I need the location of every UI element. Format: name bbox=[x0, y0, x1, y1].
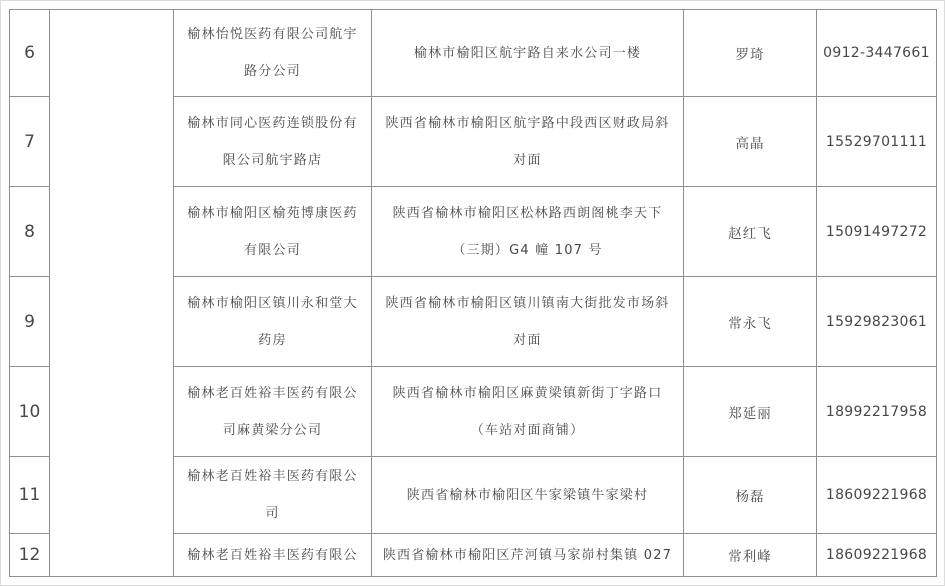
row-number-cell: 8 bbox=[10, 187, 50, 277]
phone-number-cell: 0912-3447661 bbox=[817, 10, 937, 97]
contact-person-cell: 常利峰 bbox=[684, 534, 817, 577]
phone-number-cell: 15091497272 bbox=[817, 187, 937, 277]
pharmacy-table: 6 榆林怡悦医药有限公司航宇 路分公司 榆林市榆阳区航宇路自来水公司一楼 罗琦 … bbox=[9, 9, 937, 577]
contact-person-cell: 赵红飞 bbox=[684, 187, 817, 277]
row-number-cell: 12 bbox=[10, 534, 50, 577]
address-cell: 陕西省榆林市榆阳区松林路西朗阁桃李天下 （三期）G4 幢 107 号 bbox=[372, 187, 684, 277]
row-number-cell: 6 bbox=[10, 10, 50, 97]
pharmacy-name-cell: 榆林怡悦医药有限公司航宇 路分公司 bbox=[174, 10, 372, 97]
contact-person-cell: 高晶 bbox=[684, 97, 817, 187]
pharmacy-name-cell: 榆林市榆阳区镇川永和堂大 药房 bbox=[174, 277, 372, 367]
row-number-cell: 11 bbox=[10, 457, 50, 534]
row-number-cell: 7 bbox=[10, 97, 50, 187]
district-merged-cell bbox=[50, 10, 174, 577]
pharmacy-name-cell: 榆林老百姓裕丰医药有限公 bbox=[174, 534, 372, 577]
address-cell: 陕西省榆林市榆阳区麻黄梁镇新街丁字路口 （车站对面商铺） bbox=[372, 367, 684, 457]
phone-number-cell: 18992217958 bbox=[817, 367, 937, 457]
phone-number-cell: 18609221968 bbox=[817, 534, 937, 577]
pharmacy-name-cell: 榆林老百姓裕丰医药有限公 司 bbox=[174, 457, 372, 534]
row-number-cell: 9 bbox=[10, 277, 50, 367]
table-row: 6 榆林怡悦医药有限公司航宇 路分公司 榆林市榆阳区航宇路自来水公司一楼 罗琦 … bbox=[10, 10, 937, 97]
contact-person-cell: 杨磊 bbox=[684, 457, 817, 534]
contact-person-cell: 常永飞 bbox=[684, 277, 817, 367]
contact-person-cell: 罗琦 bbox=[684, 10, 817, 97]
document-page: 6 榆林怡悦医药有限公司航宇 路分公司 榆林市榆阳区航宇路自来水公司一楼 罗琦 … bbox=[0, 0, 945, 586]
pharmacy-name-cell: 榆林老百姓裕丰医药有限公 司麻黄梁分公司 bbox=[174, 367, 372, 457]
address-cell: 陕西省榆林市榆阳区航宇路中段西区财政局斜 对面 bbox=[372, 97, 684, 187]
pharmacy-name-cell: 榆林市榆阳区榆苑博康医药 有限公司 bbox=[174, 187, 372, 277]
address-cell: 榆林市榆阳区航宇路自来水公司一楼 bbox=[372, 10, 684, 97]
phone-number-cell: 15929823061 bbox=[817, 277, 937, 367]
phone-number-cell: 18609221968 bbox=[817, 457, 937, 534]
address-cell: 陕西省榆林市榆阳区牛家梁镇牛家梁村 bbox=[372, 457, 684, 534]
row-number-cell: 10 bbox=[10, 367, 50, 457]
pharmacy-name-cell: 榆林市同心医药连锁股份有 限公司航宇路店 bbox=[174, 97, 372, 187]
pharmacy-table-body: 6 榆林怡悦医药有限公司航宇 路分公司 榆林市榆阳区航宇路自来水公司一楼 罗琦 … bbox=[10, 10, 937, 577]
phone-number-cell: 15529701111 bbox=[817, 97, 937, 187]
contact-person-cell: 郑延丽 bbox=[684, 367, 817, 457]
address-cell: 陕西省榆林市榆阳区芹河镇马家峁村集镇 027 bbox=[372, 534, 684, 577]
address-cell: 陕西省榆林市榆阳区镇川镇南大街批发市场斜 对面 bbox=[372, 277, 684, 367]
